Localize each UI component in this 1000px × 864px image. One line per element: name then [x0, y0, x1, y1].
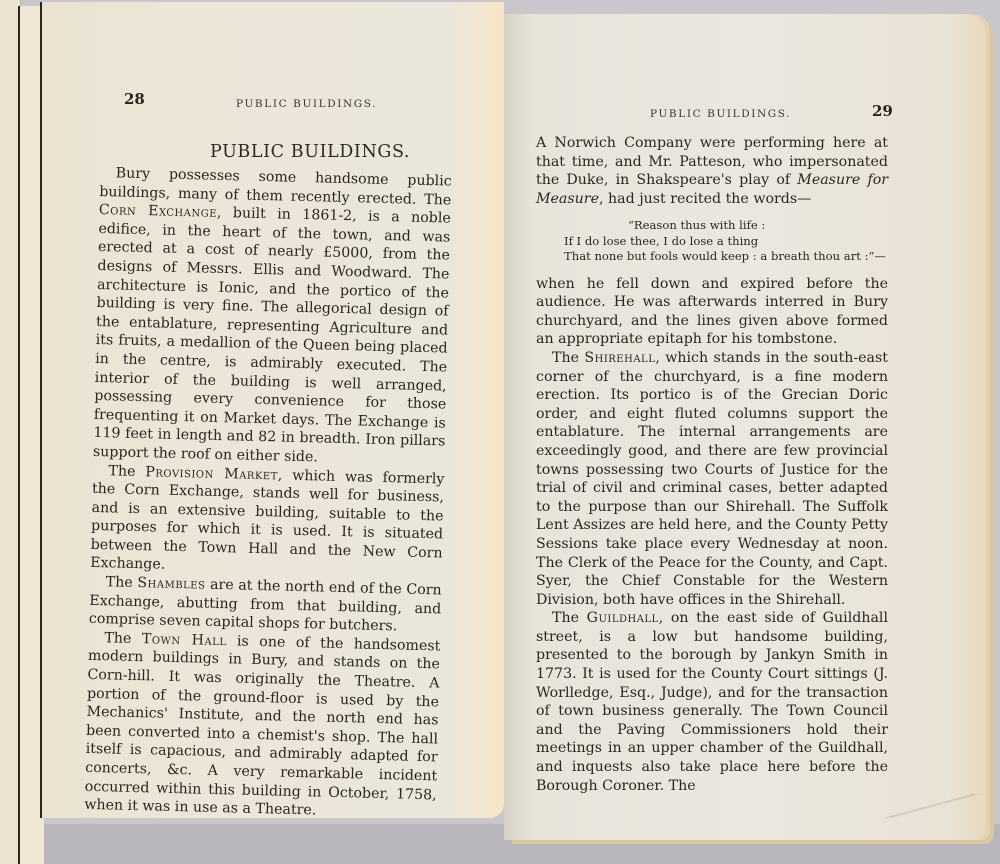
- text-run: The: [108, 463, 145, 480]
- paragraph: Bury possesses some handsome public buil…: [93, 164, 452, 470]
- right-page: PUBLIC BUILDINGS. 29 A Norwich Company w…: [504, 14, 986, 840]
- chapter-title: PUBLIC BUILDINGS.: [210, 142, 410, 162]
- right-body-text: A Norwich Company were performing here a…: [536, 134, 888, 795]
- building-name: Corn Exchange: [99, 202, 217, 221]
- building-name: Shirehall: [584, 350, 655, 366]
- text-run: Bury possesses some handsome public buil…: [99, 165, 452, 208]
- quote-line: “Reason thus with life :: [564, 218, 888, 233]
- page-number: 29: [872, 102, 893, 120]
- text-run: The: [552, 610, 587, 626]
- paragraph: The Shirehall, which stands in the south…: [536, 349, 888, 609]
- paragraph: The Provision Market, which was formerly…: [90, 461, 445, 581]
- text-run: , built in 1861-2, is a noble edifice, i…: [93, 205, 451, 465]
- text-run: is one of the handsomest modern building…: [84, 633, 440, 819]
- building-name: Shambles: [137, 575, 205, 593]
- building-name: Guildhall: [587, 610, 659, 626]
- text-run: , had just recited the words—: [599, 191, 811, 207]
- paragraph: A Norwich Company were performing here a…: [536, 134, 888, 208]
- text-run: , on the east side of Guildhall street, …: [536, 610, 888, 793]
- paragraph: The Shambles are at the north end of the…: [89, 573, 442, 637]
- running-head: PUBLIC BUILDINGS.: [650, 108, 791, 120]
- text-run: when he fell down and expired before the…: [536, 276, 888, 348]
- paragraph: when he fell down and expired before the…: [536, 275, 888, 349]
- left-body-text: Bury possesses some handsome public buil…: [84, 164, 452, 823]
- quote-line: That none but fools would keep : a breat…: [564, 249, 888, 264]
- text-run: The: [552, 350, 584, 366]
- text-run: The: [104, 630, 142, 647]
- quote-line: If I do lose thee, I do lose a thing: [564, 234, 888, 249]
- building-name: Provision Market: [145, 464, 278, 483]
- running-head: PUBLIC BUILDINGS.: [236, 98, 377, 110]
- page-fold-crease: [872, 794, 982, 818]
- text-run: , which stands in the south-east corner …: [536, 350, 888, 608]
- paragraph: The Town Hall is one of the handsomest m…: [84, 629, 440, 823]
- text-run: The: [106, 574, 138, 591]
- building-name: Town Hall: [142, 631, 227, 649]
- paragraph: The Guildhall, on the east side of Guild…: [536, 609, 888, 795]
- left-page: 28 PUBLIC BUILDINGS. PUBLIC BUILDINGS. B…: [40, 2, 504, 818]
- page-number: 28: [124, 90, 145, 108]
- verse-quote: “Reason thus with life : If I do lose th…: [564, 218, 888, 264]
